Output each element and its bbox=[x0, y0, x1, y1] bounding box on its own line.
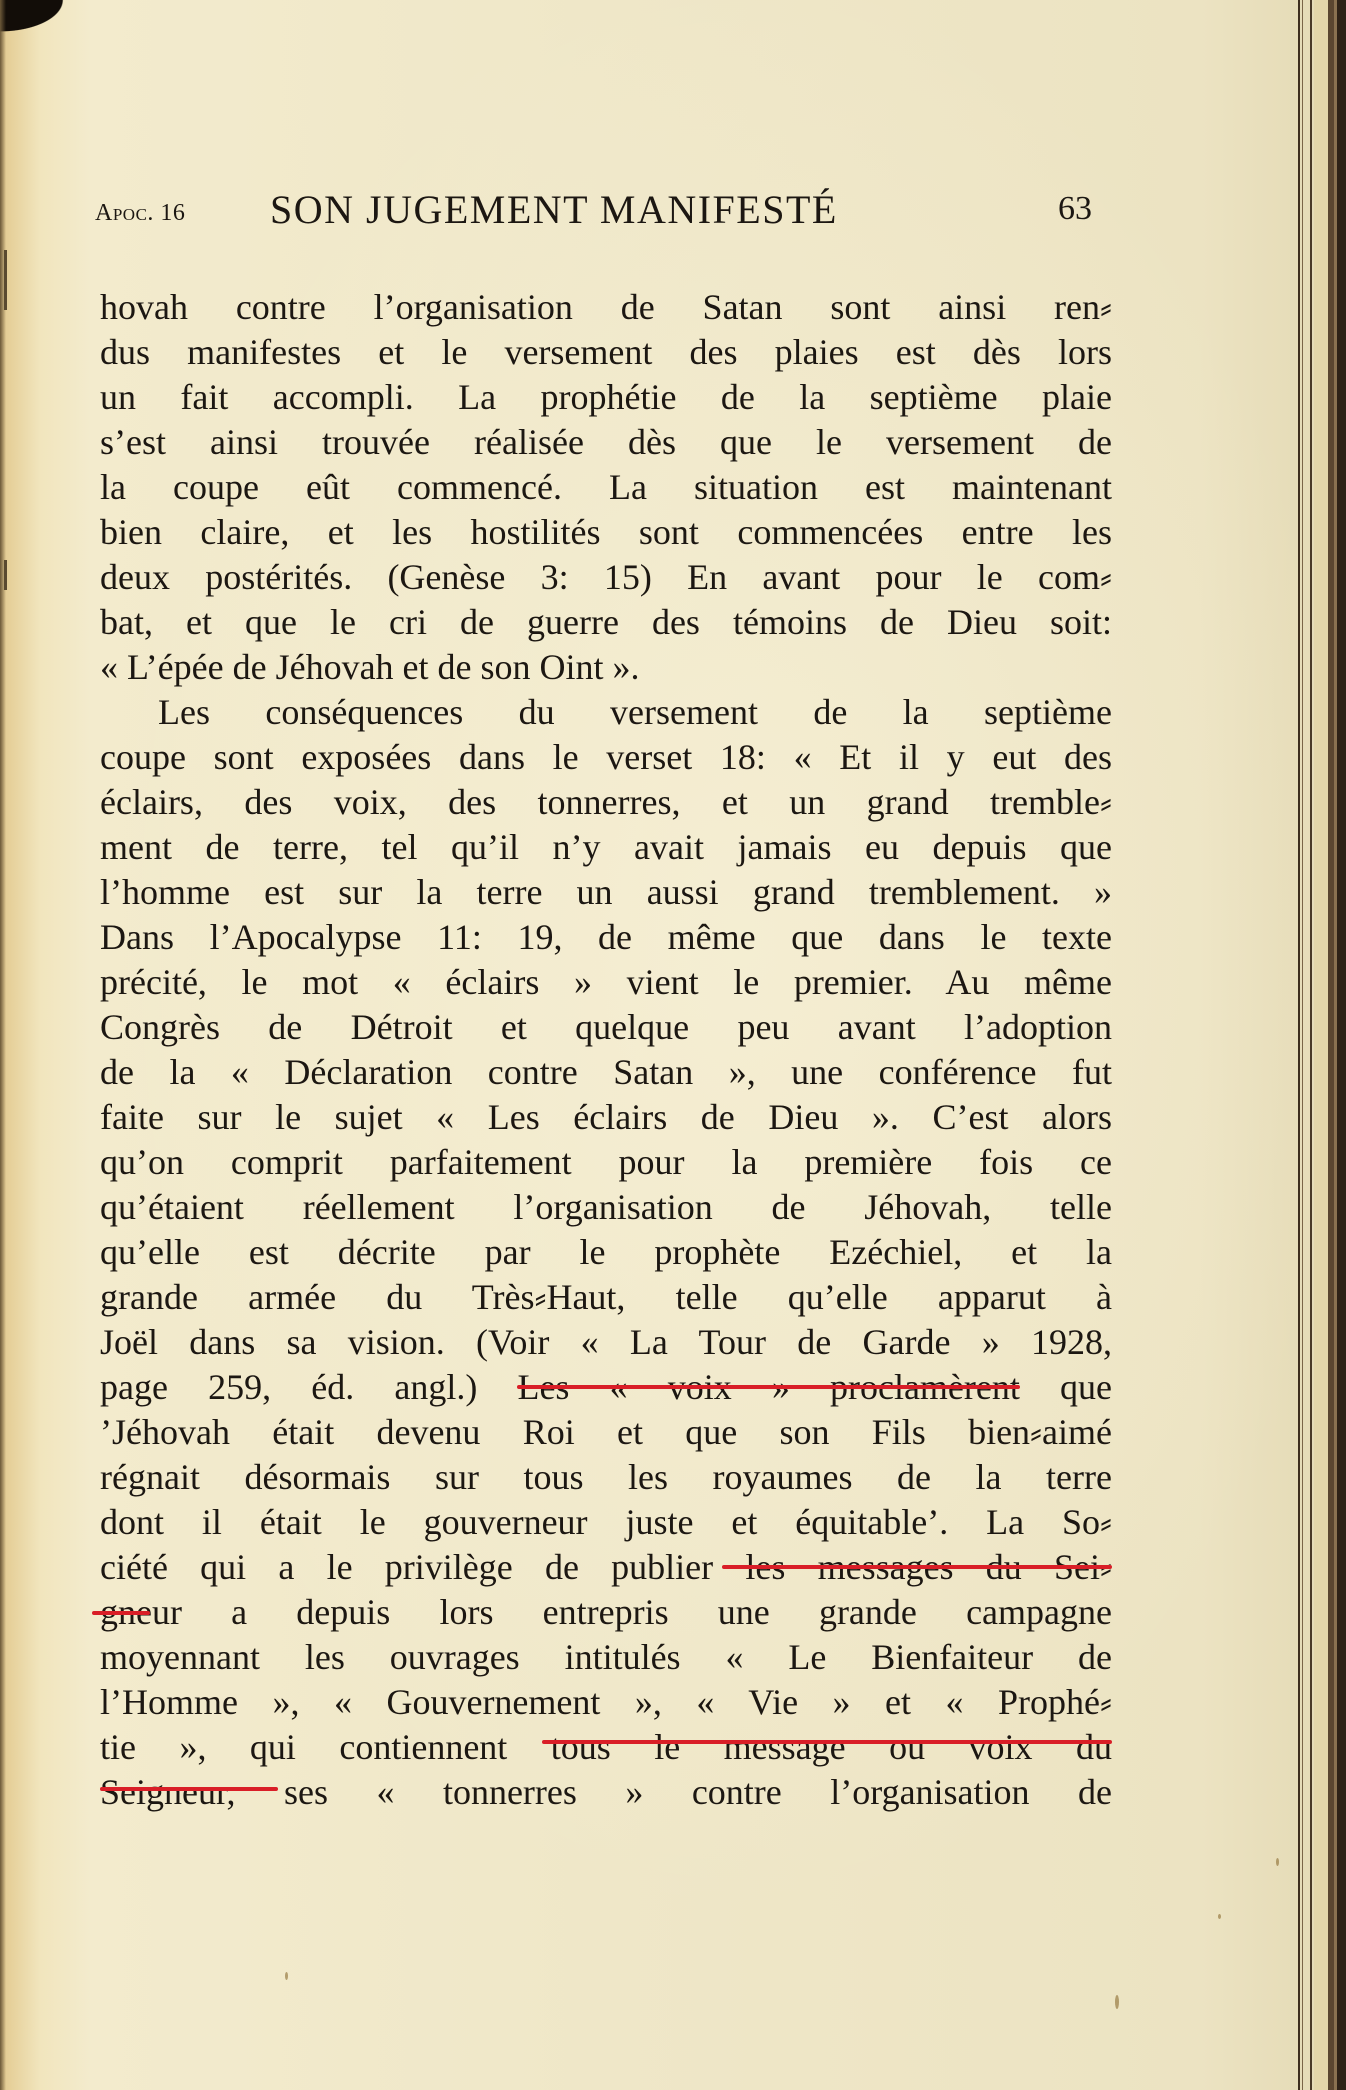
text-line: qu’elle est décrite par le prophète Ezéc… bbox=[100, 1230, 1112, 1274]
text-line: Seigneur, ses « tonnerres » contre l’org… bbox=[100, 1770, 1112, 1814]
text-line: moyennant les ouvrages intitulés « Le Bi… bbox=[100, 1635, 1112, 1679]
text-line: « L’épée de Jéhovah et de son Oint ». bbox=[100, 645, 1112, 689]
chapter-reference: Apoc. 16 bbox=[95, 200, 185, 227]
book-page: Apoc. 16 SON JUGEMENT MANIFESTÉ 63 hovah… bbox=[0, 0, 1346, 2090]
underline-les-voix-proclamerent bbox=[517, 1385, 1020, 1389]
text-line: ’Jéhovah était devenu Roi et que son Fil… bbox=[100, 1410, 1112, 1454]
underline-tous-le-message-ou-voix-cont bbox=[100, 1787, 278, 1791]
page-left-edge bbox=[0, 0, 6, 2090]
text-line: dus manifestes et le versement des plaie… bbox=[100, 330, 1112, 374]
text-line: dont il était le gouverneur juste et équ… bbox=[100, 1500, 1112, 1544]
underline-tous-le-message-ou-voix bbox=[542, 1740, 1112, 1744]
text-line: éclairs, des voix, des tonnerres, et un … bbox=[100, 780, 1112, 824]
text-line: la coupe eût commencé. La situation est … bbox=[100, 465, 1112, 509]
text-line: Congrès de Détroit et quelque peu avant … bbox=[100, 1005, 1112, 1049]
text-line: grande armée du Très⸗Haut, telle qu’elle… bbox=[100, 1275, 1112, 1319]
text-line: tie », qui contiennent tous le message o… bbox=[100, 1725, 1112, 1769]
text-line: Joël dans sa vision. (Voir « La Tour de … bbox=[100, 1320, 1112, 1364]
paragraph-start-line: Les conséquences du versement de la sept… bbox=[100, 690, 1112, 734]
book-page-edges bbox=[1298, 0, 1346, 2090]
text-line: un fait accompli. La prophétie de la sep… bbox=[100, 375, 1112, 419]
page-title: SON JUGEMENT MANIFESTÉ bbox=[270, 186, 838, 233]
text-line: bat, et que le cri de guerre des témoins… bbox=[100, 600, 1112, 644]
text-line: régnait désormais sur tous les royaumes … bbox=[100, 1455, 1112, 1499]
text-line: s’est ainsi trouvée réalisée dès que le … bbox=[100, 420, 1112, 464]
text-line: qu’on comprit parfaitement pour la premi… bbox=[100, 1140, 1112, 1184]
text-line: l’Homme », « Gouvernement », « Vie » et … bbox=[100, 1680, 1112, 1724]
text-line: ment de terre, tel qu’il n’y avait jamai… bbox=[100, 825, 1112, 869]
text-line: hovah contre l’organisation de Satan son… bbox=[100, 285, 1112, 329]
text-line: précité, le mot « éclairs » vient le pre… bbox=[100, 960, 1112, 1004]
text-line: bien claire, et les hostilités sont comm… bbox=[100, 510, 1112, 554]
text-line: deux postérités. (Genèse 3: 15) En avant… bbox=[100, 555, 1112, 599]
text-line: de la « Déclaration contre Satan », une … bbox=[100, 1050, 1112, 1094]
text-line: qu’étaient réellement l’organisation de … bbox=[100, 1185, 1112, 1229]
page-number: 63 bbox=[1058, 190, 1092, 228]
binding-mark bbox=[4, 250, 7, 310]
underline-les-messages-du-seigneur-cont bbox=[92, 1611, 150, 1615]
text-line: faite sur le sujet « Les éclairs de Dieu… bbox=[100, 1095, 1112, 1139]
running-header: Apoc. 16 SON JUGEMENT MANIFESTÉ 63 bbox=[0, 0, 1346, 250]
text-line: l’homme est sur la terre un aussi grand … bbox=[100, 870, 1112, 914]
binding-mark bbox=[4, 560, 7, 590]
underline-les-messages-du-seigneur bbox=[722, 1565, 1112, 1569]
text-line: coupe sont exposées dans le verset 18: «… bbox=[100, 735, 1112, 779]
text-line: Dans l’Apocalypse 11: 19, de même que da… bbox=[100, 915, 1112, 959]
text-line: gneur a depuis lors entrepris une grande… bbox=[100, 1590, 1112, 1634]
